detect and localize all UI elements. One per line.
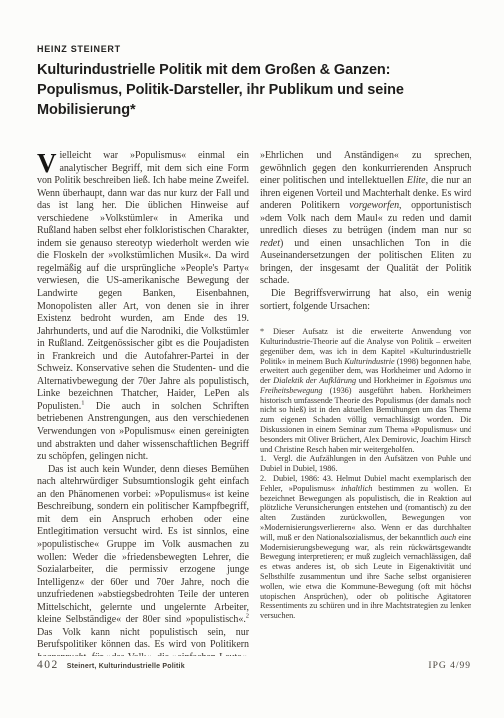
article-title: Kulturindustrielle Politik mit dem Große… xyxy=(37,60,471,120)
title-line-2: Populismus, Politik-Darsteller, ihr Publ… xyxy=(37,80,471,120)
body-paragraph-1: Vielleicht war »Populismus« einmal ein a… xyxy=(37,150,249,464)
article-header: HEINZ STEINERT Kulturindustrielle Politi… xyxy=(37,44,471,120)
left-column: Vielleicht war »Populismus« einmal ein a… xyxy=(37,150,249,656)
right-column: »Ehrlichen und Anständigen« zu sprechen,… xyxy=(260,150,471,656)
page-number: 402 xyxy=(37,659,59,671)
footnotes-block: *Dieser Aufsatz ist die erweiterte Anwen… xyxy=(260,327,471,621)
author-name: HEINZ STEINERT xyxy=(37,44,471,54)
journal-page: HEINZ STEINERT Kulturindustrielle Politi… xyxy=(0,0,504,718)
footnote-2: 2.Dubiel, 1986: 43. Helmut Dubiel macht … xyxy=(260,474,471,621)
body-paragraph-2: Das ist auch kein Wunder, denn dieses Be… xyxy=(37,464,249,656)
page-footer: 402 Steinert, Kulturindustrielle Politik… xyxy=(37,659,471,671)
text-columns: Vielleicht war »Populismus« einmal ein a… xyxy=(37,150,471,656)
dropcap-initial: V xyxy=(37,150,59,174)
running-head: Steinert, Kulturindustrielle Politik xyxy=(67,663,185,670)
footnote-star: *Dieser Aufsatz ist die erweiterte Anwen… xyxy=(260,327,471,454)
body-paragraph-3: »Ehrlichen und Anständigen« zu sprechen,… xyxy=(260,150,471,288)
title-line-1: Kulturindustrielle Politik mit dem Große… xyxy=(37,60,471,80)
journal-issue: IPG 4/99 xyxy=(428,661,471,671)
body-paragraph-4: Die Begriffsverwirrung hat also, ein wen… xyxy=(260,288,471,313)
paragraph-text: ielleicht war »Populismus« einmal ein an… xyxy=(37,150,249,462)
footnote-1: 1.Vergl. die Aufzählungen in den Aufsätz… xyxy=(260,454,471,474)
